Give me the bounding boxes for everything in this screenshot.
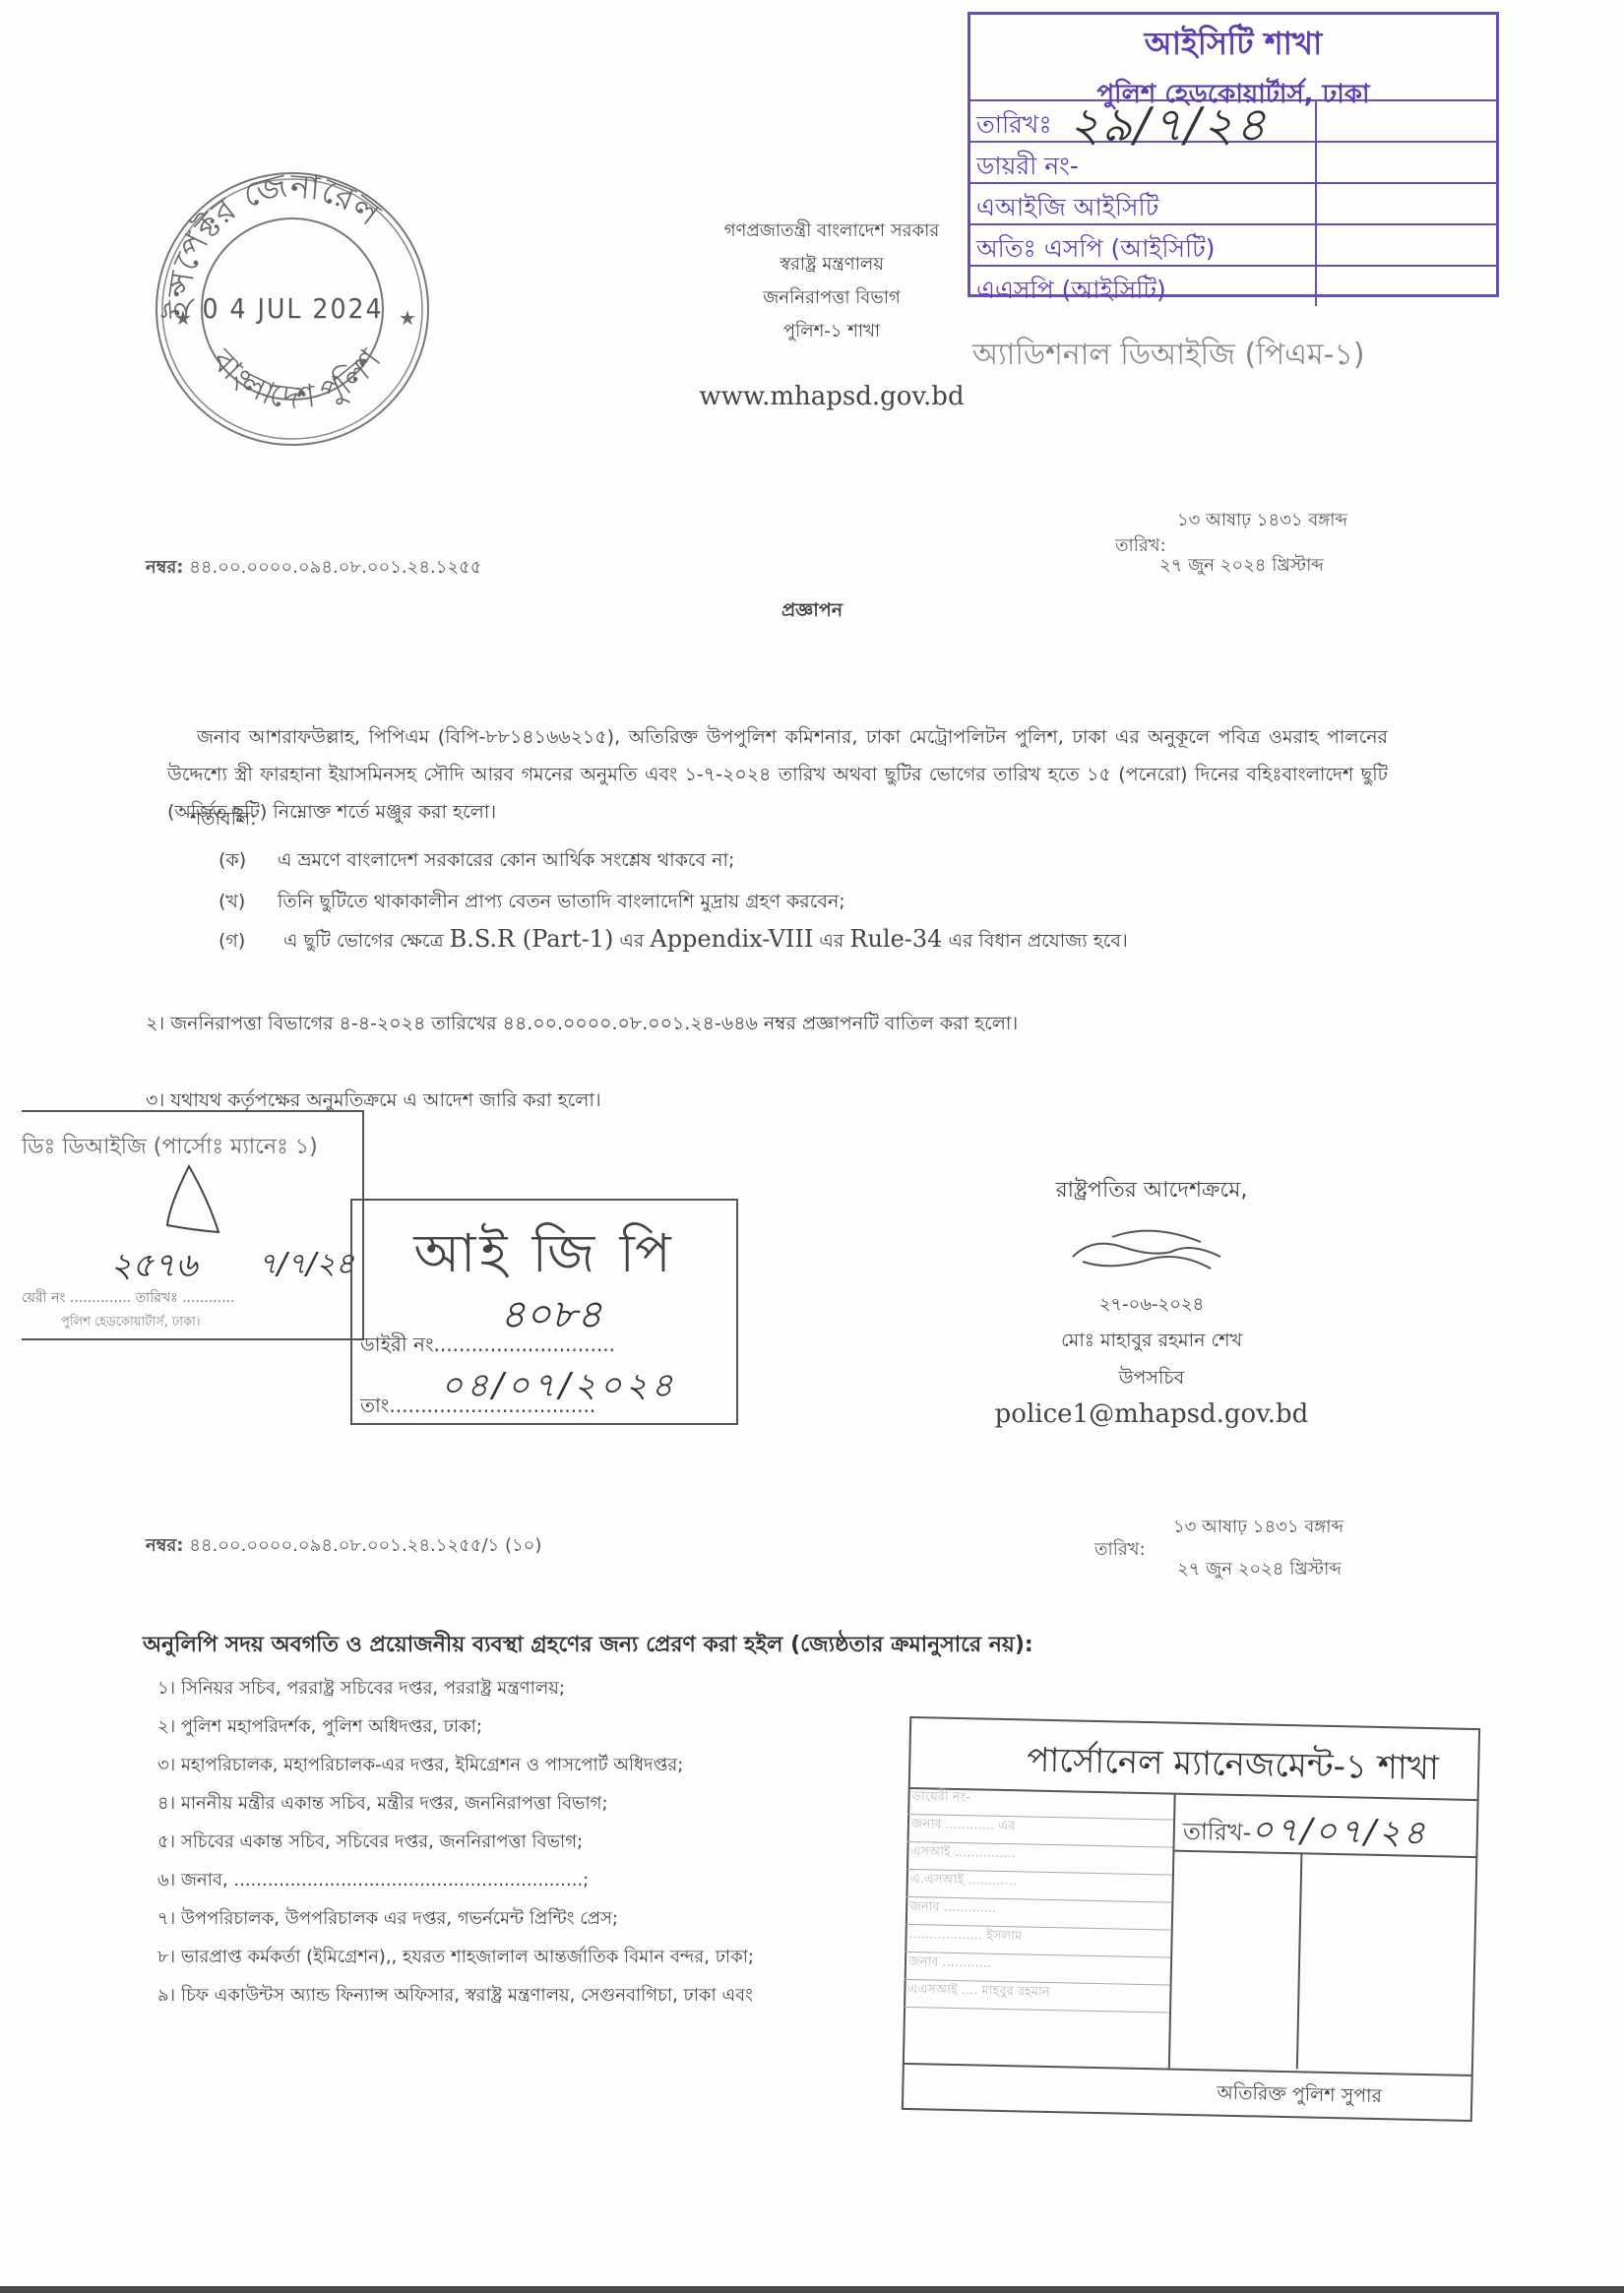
signature-order-text: রাষ্ট্রপতির আদেশক্রমে, xyxy=(945,1173,1358,1209)
website-link[interactable]: www.mhapsd.gov.bd xyxy=(591,382,1073,411)
condition-text: এর বিধান প্রযোজ্য হবে। xyxy=(948,930,1127,952)
condition-text: এ ভ্রমণে বাংলাদেশ সরকারের কোন আর্থিক সংশ… xyxy=(278,849,734,871)
condition-mark: (গ) xyxy=(219,927,278,959)
mgmt-stamp-left-column: ডায়েরী নং- জনাব ............ এর এসআই ..… xyxy=(903,1787,1176,2069)
date-bangla: ১৩ আষাঢ় ১৪৩১ বঙ্গাব্দ xyxy=(1173,1513,1343,1543)
igp-round-seal: ইন্সপেক্টর জেনারেল বাংলাদেশ পুলিশ ★ ★ 0 … xyxy=(153,169,433,450)
ict-stamp-title: আইসিটি শাখা xyxy=(970,19,1496,72)
header-line-ministry: স্বরাষ্ট্র মন্ত্রণালয় xyxy=(591,248,1073,281)
list-item: ১। সিনিয়র সচিব, পররাষ্ট্র সচিবের দপ্তর,… xyxy=(157,1669,754,1707)
copy-distribution-heading: অনুলিপি সদয় অবগতি ও প্রয়োজনীয় ব্যবস্থ… xyxy=(143,1628,1033,1664)
igp-stamp-date-label: তাং................................. xyxy=(360,1392,595,1424)
condition-item: (খ)তিনি ছুটিতে থাকাকালীন প্রাপ্য বেতন ভা… xyxy=(219,888,845,919)
condition-mark: (খ) xyxy=(219,888,278,919)
igp-stamp-diary-label: ডাইরী নং............................. xyxy=(360,1331,615,1363)
reference-label: নম্বর: xyxy=(146,1535,183,1556)
initial-mark-icon xyxy=(159,1161,228,1240)
dig-personnel-stamp: ডিঃ ডিআইজি (পার্সোঃ ম্যানেঃ ১) ২৫৭৬ ৭/৭/… xyxy=(22,1110,364,1340)
header-line-division: জননিরাপত্তা বিভাগ xyxy=(591,281,1073,315)
mgmt-stamp-footer: অতিরিক্ত পুলিশ সুপার xyxy=(1217,2079,1382,2115)
dig-stamp-handwritten-date: ৭/৭/২৪ xyxy=(258,1240,354,1290)
condition-text: তিনি ছুটিতে থাকাকালীন প্রাপ্য বেতন ভাতাদ… xyxy=(278,891,845,912)
mgmt-stamp-date-value: ০৭/০৭/২৪ xyxy=(1251,1810,1428,1853)
list-item: ৬। জনাব, ...............................… xyxy=(157,1861,754,1899)
reference-value: ৪৪.০০.০০০০.০৯৪.০৮.০০১.২৪.১২৫৫/১ (১০) xyxy=(189,1535,541,1556)
ict-stamp-row: ডায়রী নং- xyxy=(970,143,1496,184)
reference-value: ৪৪.০০.০০০০.০৯৪.০৮.০০১.২৪.১২৫৫ xyxy=(189,557,481,578)
ict-stamp-cell xyxy=(1317,143,1496,182)
seal-bottom-text: বাংলাদেশ পুলিশ xyxy=(204,341,390,417)
dig-stamp-diary-line: য়েরী নং .............. তারিখঃ .........… xyxy=(22,1286,234,1310)
condition-text: এ ছুটি ভোগের ক্ষেত্রে xyxy=(283,930,443,952)
signatory-name: মোঃ মাহাবুর রহমান শেখ xyxy=(945,1327,1358,1358)
reference-label: নম্বর: xyxy=(146,557,183,578)
condition-text: এর xyxy=(819,930,843,952)
body-paragraph-1: জনাব আশরাফউল্লাহ, পিপিএম (বিপি-৮৮১৪১৬৬২১… xyxy=(167,718,1388,831)
ict-stamp-date-label: তারিখঃ xyxy=(976,110,1052,139)
notification-title: প্রজ্ঞাপন xyxy=(0,596,1624,628)
ict-stamp-cell xyxy=(1317,267,1496,306)
list-item: ৭। উপপরিচালক, উপপরিচালক এর দপ্তর, গভর্নম… xyxy=(157,1899,754,1938)
date-bangla: ১৩ আষাঢ় ১৪৩১ বঙ্গাব্দ xyxy=(1177,506,1347,536)
signature-block: রাষ্ট্রপতির আদেশক্রমে, ২৭-০৬-২০২৪ মোঃ মা… xyxy=(945,1161,1358,1429)
reference-number: নম্বর: ৪৪.০০.০০০০.০৯৪.০৮.০০১.২৪.১২৫৫ xyxy=(146,553,481,584)
condition-rule-ref: B.S.R (Part-1) xyxy=(450,925,614,953)
header-line-government: গণপ্রজাতন্ত্রী বাংলাদেশ সরকার xyxy=(591,215,1073,248)
list-item: ৮। ভারপ্রাপ্ত কর্মকর্তা (ইমিগ্রেশন),, হয… xyxy=(157,1938,754,1976)
ict-stamp-cell xyxy=(1317,225,1496,265)
personnel-management-stamp: পার্সোনেল ম্যানেজমেন্ট-১ শাখা ডায়েরী নং… xyxy=(902,1716,1480,2122)
ict-stamp-row: তারিখঃ২৯/৭/২৪ xyxy=(970,101,1496,143)
condition-text: এর xyxy=(619,930,644,952)
signatory-email-link[interactable]: police1@mhapsd.gov.bd xyxy=(945,1399,1358,1429)
mgmt-stamp-row: এএসআই .... মাহবুর রহমান xyxy=(904,1980,1170,2014)
mgmt-stamp-date-label: তারিখ- xyxy=(1183,1818,1252,1846)
government-header: গণপ্রজাতন্ত্রী বাংলাদেশ সরকার স্বরাষ্ট্র… xyxy=(591,215,1073,348)
mgmt-stamp-title: পার্সোনেল ম্যানেজমেন্ট-১ শাখা xyxy=(1027,1734,1440,1799)
condition-rule-ref: Appendix-VIII xyxy=(650,925,813,953)
seal-date: 0 4 JUL 2024 xyxy=(153,292,433,325)
condition-item: (গ) এ ছুটি ভোগের ক্ষেত্রে B.S.R (Part-1)… xyxy=(219,925,1128,959)
body-paragraph-2: ২। জননিরাপত্তা বিভাগের ৪-৪-২০২৪ তারিখের … xyxy=(146,1010,1018,1041)
list-item: ৫। সচিবের একান্ত সচিব, সচিবের দপ্তর, জনন… xyxy=(157,1823,754,1861)
conditions-label: শর্তাবলি: xyxy=(190,805,257,837)
copy-distribution-list: ১। সিনিয়র সচিব, পররাষ্ট্র সচিবের দপ্তর,… xyxy=(157,1669,754,2014)
list-item: ৩। মহাপরিচালক, মহাপরিচালক-এর দপ্তর, ইমিগ… xyxy=(157,1746,754,1784)
signature-date: ২৭-০৬-২০২৪ xyxy=(945,1290,1358,1321)
dig-stamp-footer: পুলিশ হেডকোয়ার্টার্স, ঢাকা। xyxy=(61,1313,201,1333)
list-item: ২। পুলিশ মহাপরিদর্শক, পুলিশ অধিদপ্তর, ঢা… xyxy=(157,1707,754,1746)
list-item: ৪। মাননীয় মন্ত্রীর একান্ত সচিব, মন্ত্রী… xyxy=(157,1784,754,1823)
date-label: তারিখ: xyxy=(1094,1535,1146,1566)
reference-number-copy: নম্বর: ৪৪.০০.০০০০.০৯৪.০৮.০০১.২৪.১২৫৫/১ (… xyxy=(146,1531,541,1562)
ict-stamp-cell xyxy=(1317,184,1496,223)
svg-text:বাংলাদেশ পুলিশ: বাংলাদেশ পুলিশ xyxy=(204,341,390,417)
ict-stamp-diary-label: ডায়রী নং- xyxy=(970,143,1317,182)
date-gregorian: ২৭ জুন ২০২৪ খ্রিস্টাব্দ xyxy=(1159,551,1324,582)
signature-scribble-icon xyxy=(1053,1217,1250,1286)
date-label: তারিখ: xyxy=(1115,531,1166,562)
date-gregorian: ২৭ জুন ২০২৪ খ্রিস্টাব্দ xyxy=(1177,1555,1342,1585)
list-item: ৯। চিফ একাউন্টস অ্যান্ড ফিন্যান্স অফিসার… xyxy=(157,1976,754,2014)
signatory-designation: উপসচিব xyxy=(945,1364,1358,1395)
condition-rule-ref: Rule-34 xyxy=(849,925,942,953)
scan-bottom-edge xyxy=(0,2286,1624,2293)
ict-stamp-cell xyxy=(1317,101,1496,141)
header-line-branch: পুলিশ-১ শাখা xyxy=(591,315,1073,348)
condition-item: (ক)এ ভ্রমণে বাংলাদেশ সরকারের কোন আর্থিক … xyxy=(219,846,734,878)
condition-mark: (ক) xyxy=(219,846,278,878)
igp-stamp: আই জি পি ৪০৮৪ ডাইরী নং..................… xyxy=(350,1199,738,1425)
